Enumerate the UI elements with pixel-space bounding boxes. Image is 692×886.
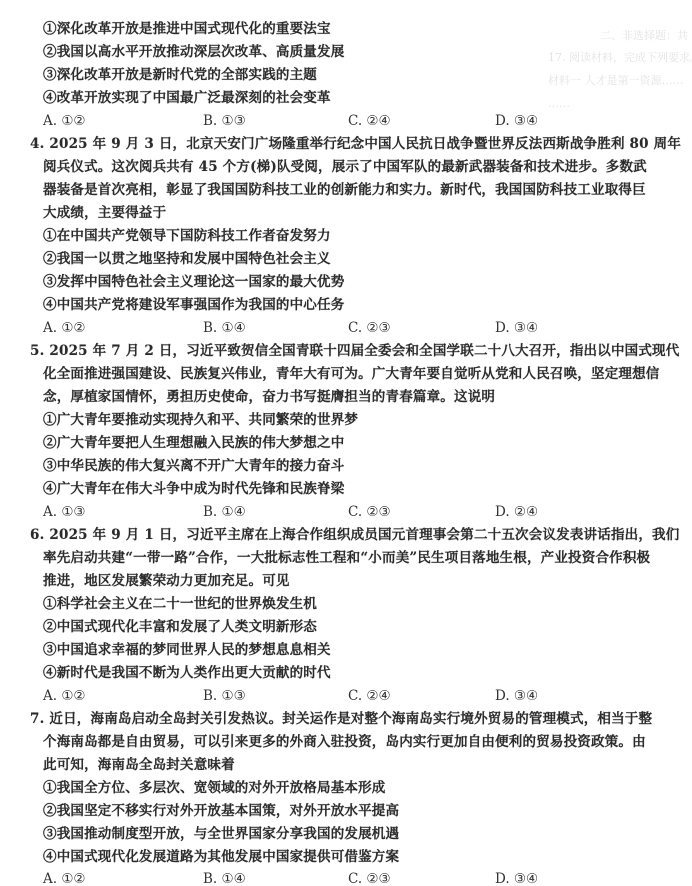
answer-d: D. ③④ [495,318,538,338]
answer-b: B. ①③ [203,111,246,131]
option-3: ③中华民族的伟大复兴离不开广大青年的接力奋斗 [43,456,344,476]
option-3: ③发挥中国特色社会主义理论这一国家的最大优势 [43,272,344,292]
answer-c: C. ②③ [348,502,391,522]
bleed-through-text: 材料一 人才是第一资源…… [548,73,684,89]
answer-c: C. ②④ [348,111,391,131]
option-4: ④中国式现代化发展道路为其他发展中国家提供可借鉴方案 [43,847,399,867]
question-stem: 推进，地区发展繁荣动力更加充足。可见 [43,571,290,591]
answer-d: D. ③④ [495,869,538,886]
option-2: ②我国以高水平开放推动深层次改革、高质量发展 [43,42,344,62]
answer-a: A. ①② [43,111,86,131]
question-stem: 器装备是首次亮相，彰显了我国国防科技工业的创新能力和实力。新时代，我国国防科技工… [43,180,646,200]
answer-a: A. ①③ [43,502,86,522]
bleed-through-text: 17. 阅读材料，完成下列要求。（12 分） [548,50,692,66]
answer-b: B. ①③ [203,686,246,706]
question-stem: 阅兵仪式。这次阅兵共有 45 个方(梯)队受阅，展示了中国军队的最新武器装备和技… [43,157,647,177]
option-4: ④中国共产党将建设军事强国作为我国的中心任务 [43,295,344,315]
question-stem: 个海南岛都是自由贸易，可以引来更多的外商入驻投资，岛内实行更加自由便利的贸易投资… [43,732,646,752]
answer-a: A. ①② [43,869,86,886]
option-1: ①深化改革开放是推进中国式现代化的重要法宝 [43,19,331,39]
bleed-through-text: 二、非选择题：共 52 分。 [600,28,692,44]
answer-b: B. ①④ [203,502,246,522]
question-stem: 大成绩，主要得益于 [43,203,166,223]
answer-a: A. ①② [43,318,86,338]
option-1: ①广大青年要推动实现持久和平、共同繁荣的世界梦 [43,410,358,430]
option-1: ①科学社会主义在二十一世纪的世界焕发生机 [43,594,317,614]
answer-d: D. ②④ [495,502,538,522]
answer-b: B. ①④ [203,869,246,886]
option-1: ①在中国共产党领导下国防科技工作者奋发努力 [43,226,331,246]
question-stem: 念，厚植家国情怀，勇担历史使命，奋力书写挺膺担当的青春篇章。这说明 [43,387,495,407]
answer-a: A. ①② [43,686,86,706]
question-stem: 此可知，海南岛全岛封关意味着 [43,755,235,775]
question-stem: 5. 2025 年 7 月 2 日，习近平致贺信全国青联十四届全委会和全国学联二… [30,341,679,361]
option-4: ④广大青年在伟大斗争中成为时代先锋和民族脊梁 [43,479,344,499]
option-2: ②广大青年要把人生理想融入民族的伟大梦想之中 [43,433,344,453]
answer-b: B. ①④ [203,318,246,338]
option-4: ④改革开放实现了中国最广泛最深刻的社会变革 [43,88,331,108]
answer-d: D. ③④ [495,111,538,131]
answer-d: D. ③④ [495,686,538,706]
option-3: ③深化改革开放是新时代党的全部实践的主题 [43,65,317,85]
question-stem: 化全面推进强国建设、民族复兴伟业，青年大有可为。广大青年要自觉听从党和人民召唤，… [43,364,660,384]
bleed-through-text: …… [548,96,570,112]
question-stem: 6. 2025 年 9 月 1 日，习近平主席在上海合作组织成员国元首理事会第二… [30,525,679,545]
question-stem: 4. 2025 年 9 月 3 日，北京天安门广场隆重举行纪念中国人民抗日战争暨… [30,134,681,154]
option-2: ②中国式现代化丰富和发展了人类文明新形态 [43,617,317,637]
option-2: ②我国一以贯之地坚持和发展中国特色社会主义 [43,249,331,269]
exam-page: 二、非选择题：共 52 分。 17. 阅读材料，完成下列要求。（12 分） 材料… [0,0,692,886]
option-1: ①我国全方位、多层次、宽领域的对外开放格局基本形成 [43,778,386,798]
option-2: ②我国坚定不移实行对外开放基本国策，对外开放水平提高 [43,801,399,821]
question-stem: 7. 近日，海南岛启动全岛封关引发热议。封关运作是对整个海南岛实行境外贸易的管理… [30,709,652,729]
option-3: ③中国追求幸福的梦同世界人民的梦想息息相关 [43,640,331,660]
option-3: ③我国推动制度型开放，与全世界国家分享我国的发展机遇 [43,824,399,844]
answer-c: C. ②③ [348,318,391,338]
option-4: ④新时代是我国不断为人类作出更大贡献的时代 [43,663,331,683]
answer-c: C. ②③ [348,869,391,886]
question-stem: 率先启动共建“一带一路”合作，一大批标志性工程和“小而美”民生项目落地生根，产业… [43,548,650,568]
answer-c: C. ②④ [348,686,391,706]
